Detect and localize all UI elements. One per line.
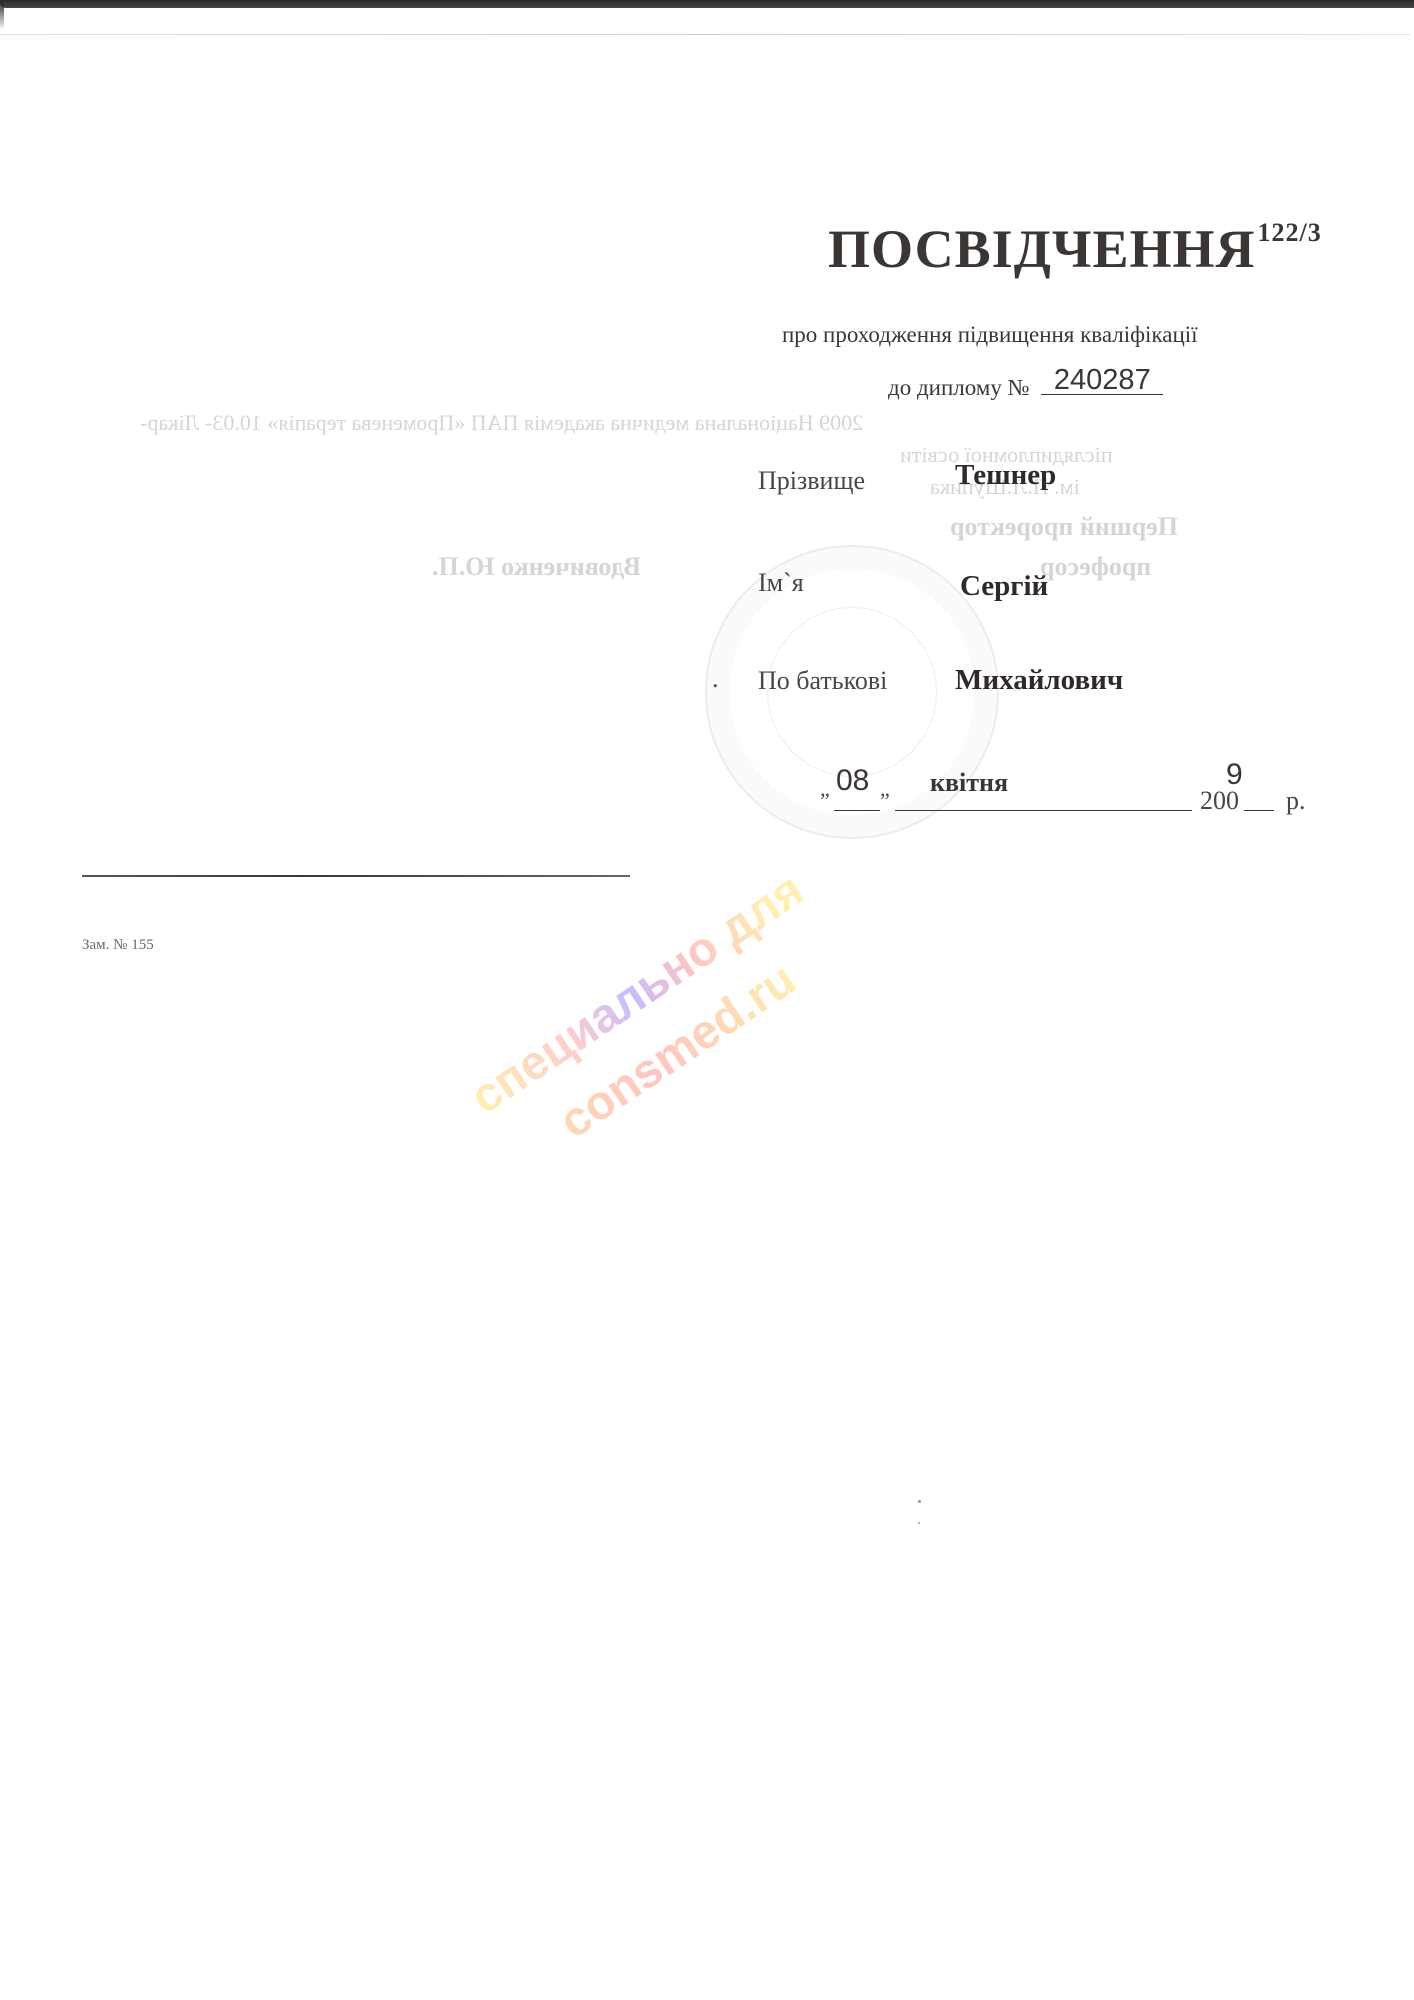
document-subtitle: про проходження підвищення кваліфікації: [782, 322, 1198, 348]
watermark: специально для consmed.ru: [427, 761, 993, 1278]
stray-dot: .: [712, 664, 719, 694]
document-title: ПОСВІДЧЕННЯ122/3: [828, 218, 1322, 280]
title-superscript: 122/3: [1258, 218, 1322, 247]
surname-value: Тешнер: [955, 459, 1056, 492]
scan-left-shadow: [0, 0, 4, 30]
scan-speck: [918, 1500, 921, 1503]
month-underline: [895, 810, 1192, 811]
issue-date: „ 08 „ квітня 200 9 р.: [820, 764, 1340, 814]
bleed-through-text: професор: [1040, 552, 1151, 582]
bleed-through-text: Перший проректор: [950, 512, 1178, 542]
surname-label: Прізвище: [758, 466, 865, 496]
diploma-number: 240287: [1041, 366, 1163, 395]
bleed-through-text: 2009 Національна медична академія ПАП «П…: [140, 410, 863, 436]
date-month: квітня: [930, 768, 1008, 798]
patronymic-label: По батькові: [758, 666, 887, 696]
patronymic-value: Михайлович: [955, 664, 1123, 697]
date-year-digit: 9: [1226, 758, 1243, 792]
scan-speck: [918, 1522, 920, 1524]
bleed-through-text: Вдовиченко Ю.П.: [432, 552, 641, 582]
year-underline: [1244, 810, 1274, 811]
scan-top-edge: [0, 0, 1414, 8]
diploma-number-row: до диплому № 240287: [888, 372, 1163, 401]
paper-fold-line: [0, 34, 1410, 35]
name-label: Ім`я: [758, 568, 804, 598]
name-value: Сергій: [960, 570, 1048, 603]
diploma-label: до диплому №: [888, 375, 1030, 400]
date-year-suffix: р.: [1286, 786, 1306, 816]
order-number: Зам. № 155: [82, 937, 154, 954]
title-text: ПОСВІДЧЕННЯ: [828, 219, 1256, 279]
signature-line: [82, 875, 630, 877]
date-close-quote: „: [880, 776, 890, 802]
